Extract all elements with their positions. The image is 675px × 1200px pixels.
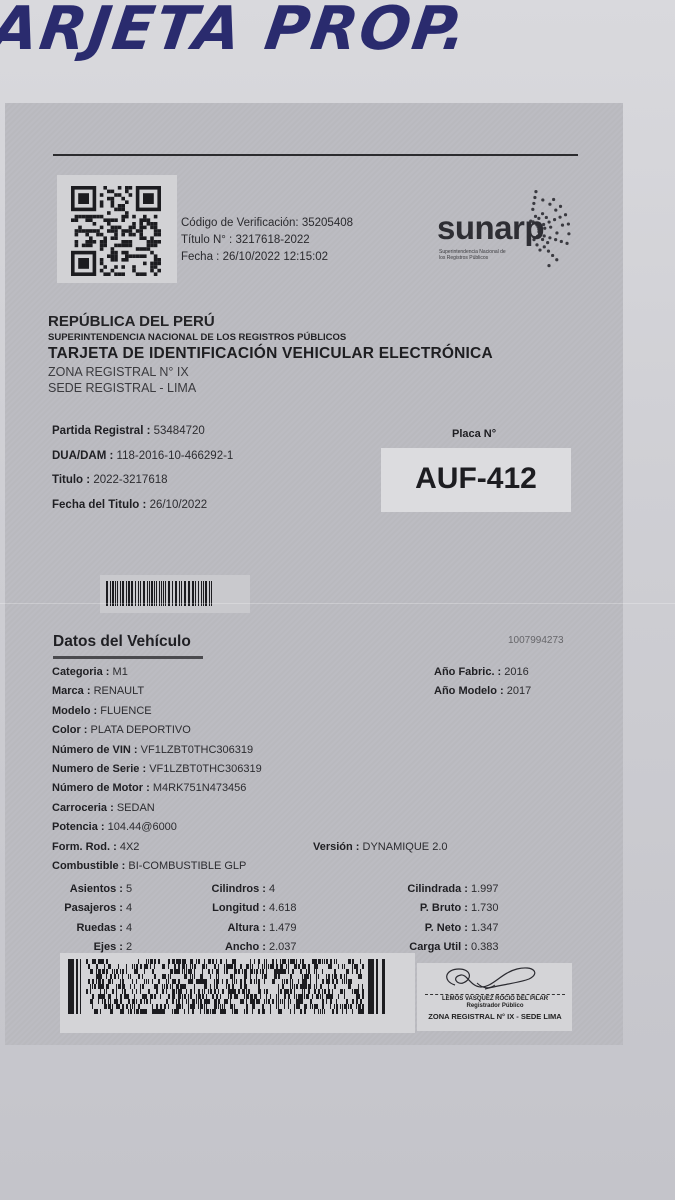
- stats-col-3: Cilindrada : 1.997 P. Bruto : 1.730 P. N…: [355, 883, 505, 960]
- datos-title: Datos del Vehículo: [53, 633, 191, 651]
- field-value: 2.037: [269, 941, 305, 953]
- field-label: Cilindros :: [212, 883, 266, 895]
- field-label: Fecha del Titulo :: [52, 499, 146, 511]
- document-header: REPÚBLICA DEL PERÚ SUPERINTENDENCIA NACI…: [48, 313, 493, 395]
- stat-row: P. Neto : 1.347: [355, 922, 505, 941]
- field-label: Partida Registral :: [52, 425, 150, 437]
- logo-subtitle: Superintendencia Nacional de los Registr…: [439, 249, 509, 261]
- vehicle-id-card: Código de Verificación: 35205408 Título …: [5, 103, 623, 1045]
- field-value: 4: [126, 922, 140, 934]
- stat-row: Asientos : 5: [25, 883, 140, 902]
- field-label: Cilindrada :: [407, 883, 468, 895]
- field-label: Ejes :: [94, 941, 123, 953]
- field-value: 2017: [507, 685, 531, 697]
- field-label: Carga Util :: [409, 941, 468, 953]
- field-value: VF1LZBT0THC306319: [149, 763, 262, 775]
- field-value: 2: [126, 941, 140, 953]
- stat-row: Cilindrada : 1.997: [355, 883, 505, 902]
- registro-row: Fecha del Titulo : 26/10/2022: [52, 499, 233, 524]
- titulo-number: 3217618-2022: [235, 234, 309, 246]
- stat-row: Ruedas : 4: [25, 922, 140, 941]
- registro-row: Partida Registral : 53484720: [52, 425, 233, 450]
- datos-underline: [53, 656, 203, 659]
- field-value: M4RK751N473456: [153, 782, 247, 794]
- fecha-label: Fecha :: [181, 251, 219, 263]
- field-label: Carroceria :: [52, 802, 114, 814]
- year-row: Año Modelo : 2017: [434, 685, 531, 704]
- field-label: Potencia :: [52, 821, 105, 833]
- vehicle-fields: Categoria : M1 Marca : RENAULT Modelo : …: [52, 666, 262, 879]
- field-value: 1.347: [471, 922, 505, 934]
- republica-title: REPÚBLICA DEL PERÚ: [48, 313, 493, 330]
- year-fields: Año Fabric. : 2016 Año Modelo : 2017: [434, 666, 531, 705]
- stats-col-1: Asientos : 5 Pasajeros : 4 Ruedas : 4 Ej…: [25, 883, 140, 960]
- field-label: Modelo :: [52, 705, 97, 717]
- field-label: Número de VIN :: [52, 744, 138, 756]
- superintendencia-title: SUPERINTENDENCIA NACIONAL DE LOS REGISTR…: [48, 332, 493, 343]
- field-value: VF1LZBT0THC306319: [141, 744, 254, 756]
- vehicle-field-row: Carroceria : SEDAN: [52, 802, 262, 821]
- field-label: Asientos :: [70, 883, 123, 895]
- qr-code-icon: [71, 186, 161, 276]
- field-label: Categoria :: [52, 666, 109, 678]
- barcode: [100, 575, 250, 613]
- field-value: DYNAMIQUE 2.0: [363, 841, 448, 853]
- registro-row: DUA/DAM : 118-2016-10-466292-1: [52, 450, 233, 475]
- pdf417-barcode-icon: [68, 959, 386, 1014]
- registro-block: Partida Registral : 53484720 DUA/DAM : 1…: [52, 425, 233, 523]
- field-value: 4: [269, 883, 305, 895]
- field-label: Ancho :: [225, 941, 266, 953]
- field-value: 0.383: [471, 941, 505, 953]
- version-field: Versión : DYNAMIQUE 2.0: [313, 841, 448, 853]
- field-value: FLUENCE: [100, 705, 151, 717]
- vehicle-field-row: Combustible : BI-COMBUSTIBLE GLP: [52, 860, 262, 879]
- registrar-zona: ZONA REGISTRAL N° IX - SEDE LIMA: [425, 1012, 565, 1021]
- stats-col-2: Cilindros : 4 Longitud : 4.618 Altura : …: [165, 883, 305, 960]
- tarjeta-title: TARJETA DE IDENTIFICACIÓN VEHICULAR ELEC…: [48, 345, 493, 363]
- vehicle-field-row: Numero de Serie : VF1LZBT0THC306319: [52, 763, 262, 782]
- field-label: Color :: [52, 724, 87, 736]
- qr-code: [57, 175, 177, 283]
- paper-fold: [0, 603, 675, 604]
- titulo-label: Título N° :: [181, 234, 232, 246]
- vehicle-field-row: Categoria : M1: [52, 666, 262, 685]
- stat-row: Longitud : 4.618: [165, 902, 305, 921]
- field-label: Numero de Serie :: [52, 763, 146, 775]
- field-label: Titulo :: [52, 474, 90, 486]
- fecha-value: 26/10/2022 12:15:02: [223, 251, 329, 263]
- document-number: 1007994273: [508, 635, 564, 646]
- field-value: 53484720: [154, 425, 205, 437]
- field-label: Número de Motor :: [52, 782, 150, 794]
- stat-row: Cilindros : 4: [165, 883, 305, 902]
- vehicle-field-row: Modelo : FLUENCE: [52, 705, 262, 724]
- placa-label: Placa N°: [452, 428, 496, 440]
- sunarp-logo: sunarp Superintendencia Nacional de los …: [435, 183, 595, 273]
- field-value: BI-COMBUSTIBLE GLP: [128, 860, 246, 872]
- stat-row: P. Bruto : 1.730: [355, 902, 505, 921]
- placa-number: AUF-412: [381, 462, 571, 496]
- verification-code-label: Código de Verificación:: [181, 217, 299, 229]
- vehicle-field-row: Form. Rod. : 4X2: [52, 841, 262, 860]
- vehicle-field-row: Número de VIN : VF1LZBT0THC306319: [52, 744, 262, 763]
- handwritten-note: ARJETA PROP.: [0, 0, 473, 64]
- registrar-role: Registrador Público: [425, 1003, 565, 1009]
- field-value: RENAULT: [94, 685, 145, 697]
- vehicle-field-row: Potencia : 104.44@6000: [52, 821, 262, 840]
- pdf417-barcode: [60, 953, 415, 1033]
- field-value: 1.997: [471, 883, 505, 895]
- field-value: PLATA DEPORTIVO: [91, 724, 191, 736]
- field-value: SEDAN: [117, 802, 155, 814]
- field-value: 5: [126, 883, 140, 895]
- field-label: P. Neto :: [425, 922, 468, 934]
- year-row: Año Fabric. : 2016: [434, 666, 531, 685]
- field-label: Combustible :: [52, 860, 125, 872]
- field-value: 1.479: [269, 922, 305, 934]
- field-value: 1.730: [471, 902, 505, 914]
- field-value: 4.618: [269, 902, 305, 914]
- field-label: DUA/DAM :: [52, 450, 113, 462]
- field-label: Marca :: [52, 685, 91, 697]
- placa-box: AUF-412: [381, 448, 571, 512]
- field-label: Ruedas :: [76, 922, 122, 934]
- field-label: P. Bruto :: [420, 902, 468, 914]
- field-label: Versión :: [313, 841, 359, 853]
- registrar-name: LEMOS VASQUEZ ROCIO DEL PILAR: [425, 994, 565, 1002]
- vehicle-field-row: Marca : RENAULT: [52, 685, 262, 704]
- field-value: 26/10/2022: [150, 499, 208, 511]
- stat-row: Pasajeros : 4: [25, 902, 140, 921]
- registro-row: Titulo : 2022-3217618: [52, 474, 233, 499]
- signature-block: LEMOS VASQUEZ ROCIO DEL PILAR Registrado…: [417, 963, 572, 1031]
- verification-code: 35205408: [302, 217, 353, 229]
- field-value: 4X2: [120, 841, 140, 853]
- sede-registral: SEDE REGISTRAL - LIMA: [48, 381, 493, 395]
- field-label: Longitud :: [212, 902, 266, 914]
- field-value: 2016: [504, 666, 528, 678]
- field-value: 104.44@6000: [108, 821, 177, 833]
- field-label: Año Fabric. :: [434, 666, 501, 678]
- field-label: Año Modelo :: [434, 685, 504, 697]
- signature-icon: [437, 963, 547, 997]
- zona-registral: ZONA REGISTRAL N° IX: [48, 365, 493, 379]
- logo-wordmark: sunarp: [437, 209, 544, 247]
- field-label: Form. Rod. :: [52, 841, 117, 853]
- stat-row: Altura : 1.479: [165, 922, 305, 941]
- field-label: Altura :: [227, 922, 266, 934]
- field-label: Pasajeros :: [64, 902, 123, 914]
- field-value: M1: [113, 666, 128, 678]
- field-value: 2022-3217618: [93, 474, 167, 486]
- verification-block: Código de Verificación: 35205408 Título …: [181, 215, 353, 266]
- vehicle-field-row: Color : PLATA DEPORTIVO: [52, 724, 262, 743]
- field-value: 118-2016-10-466292-1: [117, 450, 234, 462]
- vehicle-field-row: Número de Motor : M4RK751N473456: [52, 782, 262, 801]
- field-value: 4: [126, 902, 140, 914]
- top-divider: [53, 154, 578, 156]
